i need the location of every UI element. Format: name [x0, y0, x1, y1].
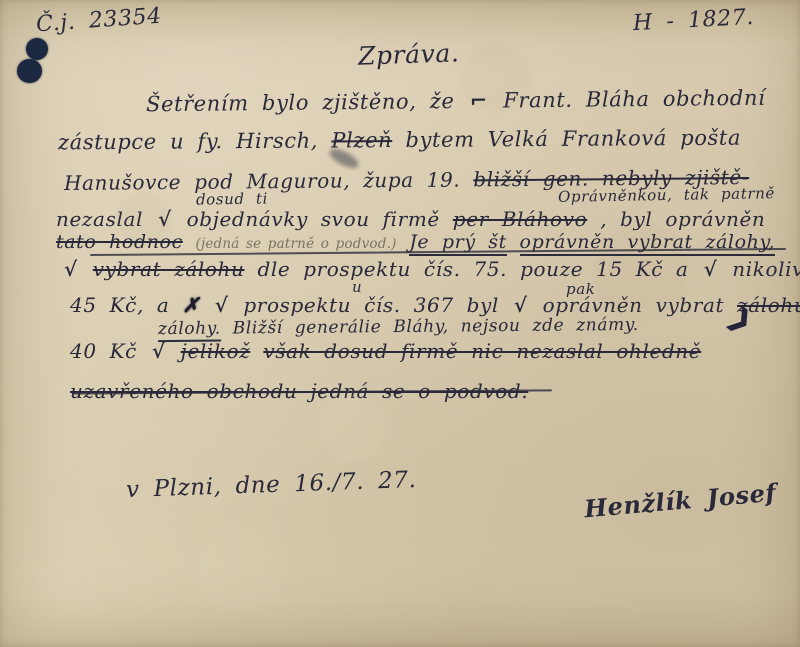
caret-insert-mark: √: [213, 293, 231, 317]
file-number-text: Č.j. 23354: [35, 4, 162, 38]
text-segment: dle prospektu čís. 75.: [257, 257, 507, 281]
text-segment: objednávky svou firmě: [187, 207, 440, 231]
insertion-bracket-mark: ⌐: [468, 88, 490, 113]
text-segment: bytem Velká Franková pošta: [405, 126, 741, 152]
caret-insert-mark: √: [62, 257, 80, 281]
text-segment: zástupce u fy. Hirsch,: [58, 129, 318, 155]
struck-text: tato hodnoc: [56, 231, 183, 253]
struck-text: Plzeň: [331, 128, 392, 152]
signature-text: Henžlík Josef: [583, 478, 777, 524]
inserted-note-right: Oprávněnkou, tak patrně: [558, 184, 775, 206]
text-segment: , byl oprávněn: [600, 207, 765, 231]
caret-insert-mark: √: [156, 207, 174, 231]
pencil-annotation: (jedná se patrně o podvod.): [195, 236, 396, 252]
struck-text: per Bláhovo: [453, 207, 587, 231]
underlined-text: oprávněn vybrat zálohy,: [520, 231, 775, 256]
inserted-text: Oprávněnkou, tak patrně: [558, 184, 775, 206]
text-segment: pouze 15 Kč a: [520, 257, 689, 281]
body-line-6: √ vybrat zálohu dle prospektu čís. 75. p…: [62, 257, 800, 281]
caret-insert-mark: √: [150, 339, 168, 363]
ink-blot-mark: ✗: [182, 293, 199, 317]
inserted-text: dosud ti: [196, 189, 268, 208]
struck-text: jelikož: [181, 339, 251, 363]
text-segment: nezaslal: [56, 207, 143, 231]
inserted-note-left: dosud ti: [196, 189, 268, 208]
document-number-text: H - 1827.: [632, 5, 754, 36]
scanned-document-page: Č.j. 23354 H - 1827. Zpráva. Šetřením by…: [0, 0, 800, 647]
body-line-8: 40 Kč √ jelikož však dosud firmě nic nez…: [70, 339, 701, 363]
caret-insert-mark: √: [702, 257, 720, 281]
caret-insert-mark: √: [512, 293, 530, 317]
place-date-text: v Plzni, dne 16./7. 27.: [126, 467, 417, 503]
body-line-7: 45 Kč, a ✗ √ prospektu čís. 367 byl √ op…: [70, 293, 800, 317]
inserted-text: Bližší generálie Bláhy, nejsou zde známy…: [233, 315, 639, 339]
text-segment: Frant. Bláha obchodní: [503, 86, 765, 113]
punch-hole-top: [26, 38, 48, 60]
body-line-1: Šetřením bylo zjištěno, že ⌐ Frant. Bláh…: [146, 85, 766, 116]
inserted-sentence: zálohy. Bližší generálie Bláhy, nejsou z…: [158, 315, 639, 339]
file-number: Č.j. 23354: [35, 4, 162, 38]
text-segment: prospektu čís. 367 byl: [243, 293, 499, 317]
text-segment: 45 Kč, a: [70, 293, 169, 317]
punch-hole-bottom: [17, 59, 42, 83]
text-segment: 40 Kč: [70, 339, 137, 363]
body-line-2: zástupce u fy. Hirsch, Plzeň bytem Velká…: [58, 126, 741, 155]
document-title-text: Zpráva.: [358, 38, 460, 71]
place-date-line: v Plzni, dne 16./7. 27.: [126, 467, 417, 503]
text-segment: oprávněn vybrat: [543, 293, 725, 317]
struck-text: však dosud firmě nic nezaslal ohledně: [263, 339, 701, 363]
body-line-4: nezaslal √ objednávky svou firmě per Blá…: [56, 207, 765, 231]
struck-text: vybrat zálohu: [93, 257, 245, 281]
text-segment: Šetřením bylo zjištěno, že: [146, 89, 455, 116]
document-number: H - 1827.: [632, 5, 754, 36]
document-title: Zpráva.: [358, 38, 460, 71]
signature: Henžlík Josef: [583, 478, 777, 524]
text-segment: nikoliv: [732, 257, 800, 281]
